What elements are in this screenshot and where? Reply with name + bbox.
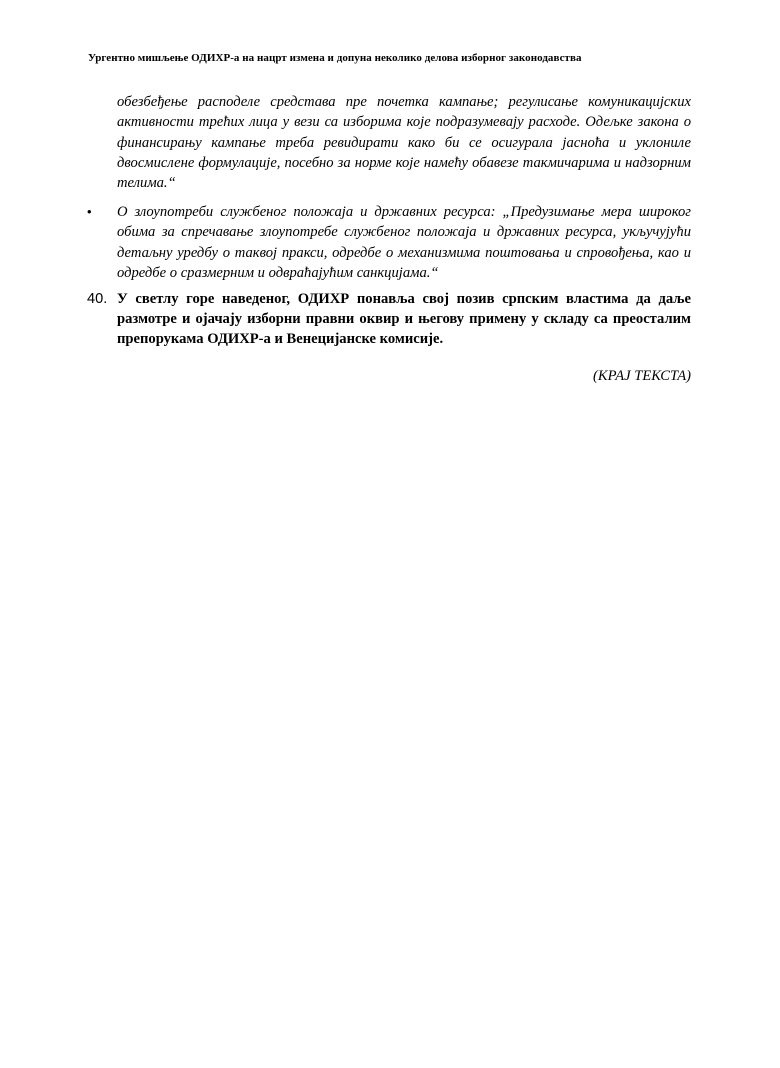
running-header: Ургентно мишљење ОДИХР-а на нацрт измена…	[88, 52, 582, 64]
end-of-text-note: (КРАЈ ТЕКСТА)	[593, 366, 691, 386]
paragraph-text: У светлу горе наведеног, ОДИХР понавља с…	[117, 289, 691, 349]
bullet-item-text: О злоупотреби службеног положаја и држав…	[117, 202, 691, 283]
paragraph-number: 40.	[87, 289, 107, 309]
quote-continuation-paragraph: обезбеђење расподеле средстава пре почет…	[117, 92, 691, 193]
bullet-icon: •	[87, 202, 92, 222]
